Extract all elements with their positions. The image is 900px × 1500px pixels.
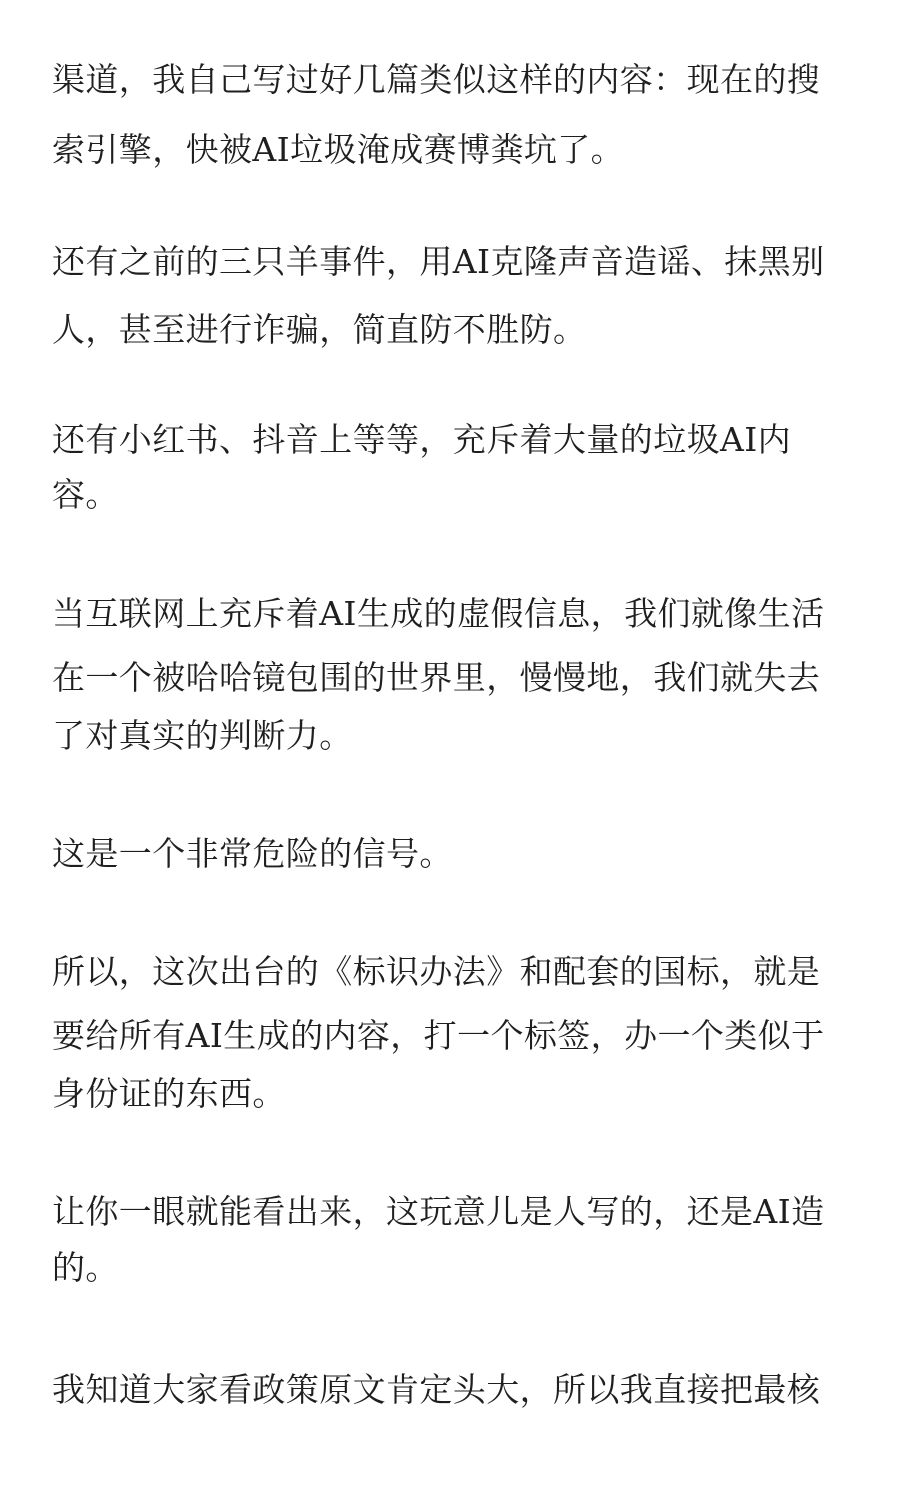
- text-line: 让你一眼就能看出来，这玩意儿是人写的，还是AI造: [52, 1192, 852, 1232]
- text-line: 人，甚至进行诈骗，简直防不胜防。: [52, 310, 852, 350]
- text-line: 还有之前的三只羊事件，用AI克隆声音造谣、抹黑别: [52, 242, 852, 282]
- text-line: 所以，这次出台的《标识办法》和配套的国标，就是: [52, 952, 852, 992]
- text-line: 在一个被哈哈镜包围的世界里，慢慢地，我们就失去: [52, 658, 852, 698]
- text-line: 了对真实的判断力。: [52, 716, 852, 756]
- text-line: 身份证的东西。: [52, 1074, 852, 1114]
- text-line: 还有小红书、抖音上等等，充斥着大量的垃圾AI内: [52, 420, 852, 460]
- text-line: 这是一个非常危险的信号。: [52, 834, 852, 874]
- text-line: 当互联网上充斥着AI生成的虚假信息，我们就像生活: [52, 594, 852, 634]
- text-line: 渠道，我自己写过好几篇类似这样的内容：现在的搜: [52, 60, 852, 100]
- text-line: 我知道大家看政策原文肯定头大，所以我直接把最核: [52, 1370, 852, 1410]
- text-line: 容。: [52, 475, 852, 515]
- text-line: 的。: [52, 1248, 852, 1288]
- text-line: 索引擎，快被AI垃圾淹成赛博粪坑了。: [52, 130, 852, 170]
- text-line: 要给所有AI生成的内容，打一个标签，办一个类似于: [52, 1016, 852, 1056]
- article-body: 渠道，我自己写过好几篇类似这样的内容：现在的搜 索引擎，快被AI垃圾淹成赛博粪坑…: [0, 0, 900, 1500]
